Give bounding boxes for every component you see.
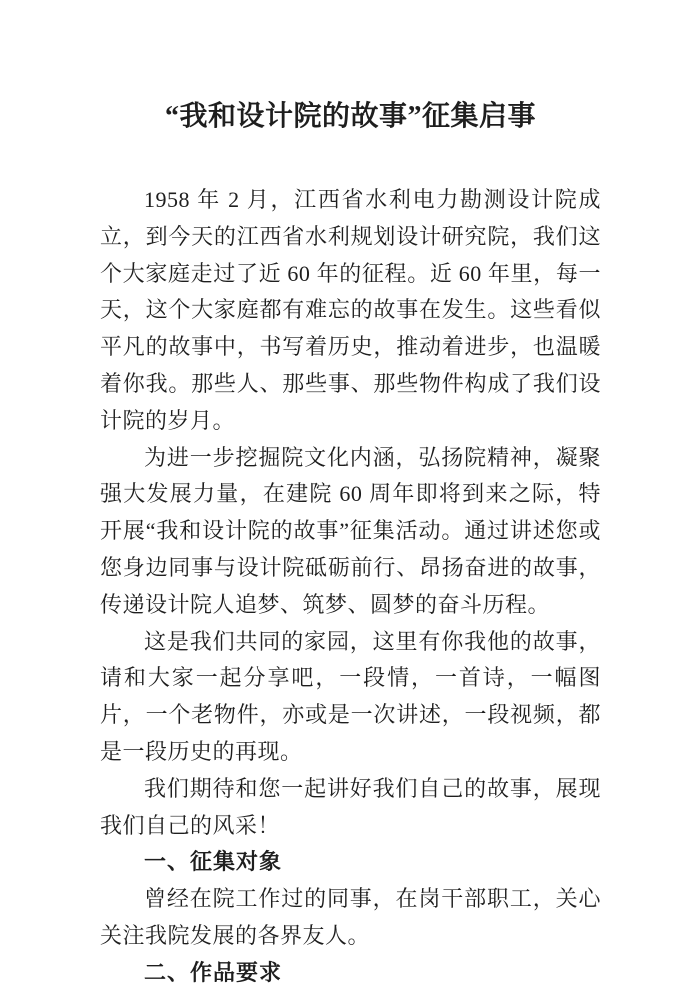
paragraph-intro-history: 1958 年 2 月，江西省水利电力勘测设计院成立，到今天的江西省水利规划设计研… bbox=[100, 182, 601, 440]
paragraph-collection-targets: 曾经在院工作过的同事，在岗干部职工，关心关注我院发展的各界友人。 bbox=[100, 881, 601, 955]
document-page: “我和设计院的故事”征集启事 1958 年 2 月，江西省水利电力勘测设计院成立… bbox=[0, 0, 700, 989]
section-heading-collection-targets: 一、征集对象 bbox=[100, 844, 601, 881]
section-heading-work-requirements: 二、作品要求 bbox=[100, 955, 601, 989]
paragraph-activity-purpose: 为进一步挖掘院文化内涵，弘扬院精神，凝聚强大发展力量，在建院 60 周年即将到来… bbox=[100, 440, 601, 624]
document-title: “我和设计院的故事”征集启事 bbox=[100, 98, 601, 136]
document-content: “我和设计院的故事”征集启事 1958 年 2 月，江西省水利电力勘测设计院成立… bbox=[100, 98, 601, 989]
paragraph-shared-home: 这是我们共同的家园，这里有你我他的故事，请和大家一起分享吧，一段情，一首诗，一幅… bbox=[100, 624, 601, 771]
paragraph-expectation: 我们期待和您一起讲好我们自己的故事，展现我们自己的风采！ bbox=[100, 771, 601, 845]
